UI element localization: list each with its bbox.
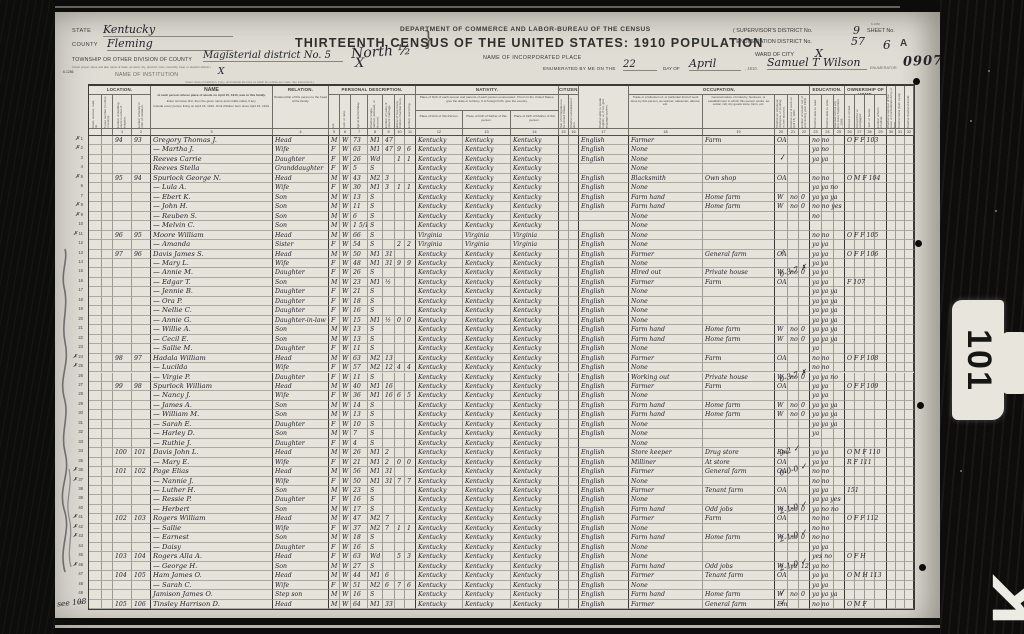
cell-industry: [703, 212, 775, 221]
cell-out_of_work: no: [788, 410, 799, 419]
cell-age: 50: [351, 250, 368, 259]
cell-relation: Head: [273, 354, 329, 363]
cell-industry: [703, 363, 775, 372]
cell-father_birthplace: Kentucky: [463, 363, 511, 372]
cell-name: — Luther H.: [151, 486, 273, 495]
cell-industry: [703, 240, 775, 249]
cell-color: W: [340, 439, 351, 448]
cell-industry: General farm: [703, 600, 775, 609]
cell-family: [132, 221, 151, 230]
cell-natz: [569, 259, 579, 268]
column-header-dwell: Number of dwelling house in order of vis…: [113, 95, 132, 129]
cell-school: [834, 391, 845, 400]
cell-natz: [569, 448, 579, 457]
cell-industry: [703, 552, 775, 561]
cell-family: [132, 429, 151, 438]
cell-out_of_work: no: [788, 325, 799, 334]
cell-imm: [559, 268, 569, 277]
cell-out_of_work: [788, 174, 799, 183]
cell-sex: M: [329, 590, 340, 599]
cell-mother_birthplace: Kentucky: [511, 155, 559, 164]
cell-language: English: [579, 448, 629, 457]
cell-imm: [559, 533, 569, 542]
cell-natz: [569, 136, 579, 145]
cell-employment: [775, 391, 788, 400]
cell-language: English: [579, 335, 629, 344]
cell-write: [822, 344, 834, 353]
cell-dwelling: [113, 429, 132, 438]
cell-house: [102, 391, 113, 400]
cell-family: [132, 495, 151, 504]
cell-school: [834, 231, 845, 240]
cell-occupation: Store keeper: [629, 448, 703, 457]
cell-deaf: [905, 590, 914, 599]
cell-father_birthplace: Kentucky: [463, 250, 511, 259]
column-number: 4: [273, 129, 329, 136]
census-row: — James A.SonMW14SKentuckyKentuckyKentuc…: [89, 401, 914, 410]
cell-home: O F F 109: [845, 382, 855, 391]
cell-occupation: Working out: [629, 373, 703, 382]
cell-free: [855, 477, 865, 486]
cell-home: [845, 420, 855, 429]
cell-school: [834, 477, 845, 486]
cell-out_of_work: [788, 543, 799, 552]
line-number: ✗1: [61, 136, 83, 142]
cell-name: Reeves Carrie: [151, 155, 273, 164]
cell-sched: [875, 524, 887, 533]
cell-children_living: 1: [405, 524, 416, 533]
cell-weeks_out: [799, 600, 810, 609]
cell-family: [132, 533, 151, 542]
cell-out_of_work: [788, 145, 799, 154]
cell-deaf: [905, 514, 914, 523]
cell-education: ya ya: [810, 571, 822, 580]
cell-blind: [896, 458, 905, 467]
cell-house: [102, 410, 113, 419]
cell-children_living: [405, 212, 416, 221]
cell-marital: S: [368, 164, 383, 173]
cell-children_born: [395, 467, 405, 476]
cell-employment: W: [775, 325, 788, 334]
cell-birthplace: Kentucky: [416, 448, 463, 457]
cell-mother_birthplace: Kentucky: [511, 477, 559, 486]
cell-sched: [875, 145, 887, 154]
cell-dwelling: [113, 477, 132, 486]
cell-language: [579, 164, 629, 173]
cell-years_married: [383, 325, 395, 334]
cell-language: English: [579, 174, 629, 183]
cell-imm: [559, 552, 569, 561]
cell-house: [102, 325, 113, 334]
cell-occupation: None: [629, 183, 703, 192]
cell-name: Davis John L.: [151, 448, 273, 457]
cell-children_living: [405, 354, 416, 363]
cell-deaf: [905, 467, 914, 476]
column-number: 7: [351, 129, 368, 136]
column-header-pobm: Place of birth of Mother of this person.: [511, 111, 559, 129]
cell-relation: Son: [273, 410, 329, 419]
cell-free: [855, 590, 865, 599]
column-header-mar: Whether single, married, widowed, or div…: [368, 95, 383, 129]
cell-father_birthplace: Kentucky: [463, 316, 511, 325]
cell-name: — Virgie P.: [151, 373, 273, 382]
supervisor-label: ( SUPERVISOR'S DISTRICT No.: [733, 28, 812, 34]
cell-years_married: [383, 410, 395, 419]
cell-house: [102, 505, 113, 514]
cell-occupation: Blacksmith: [629, 174, 703, 183]
column-group-title: EDUCATION.: [810, 86, 845, 95]
cell-dwelling: 100: [113, 448, 132, 457]
cell-language: English: [579, 259, 629, 268]
cell-deaf: [905, 533, 914, 542]
cell-out_of_work: [788, 316, 799, 325]
punch-hole: [913, 78, 920, 85]
cell-deaf: [905, 552, 914, 561]
cell-deaf: [905, 287, 914, 296]
cell-marital: S: [368, 590, 383, 599]
cell-color: W: [340, 344, 351, 353]
cell-age: 48: [351, 259, 368, 268]
cell-mother_birthplace: Kentucky: [511, 373, 559, 382]
cell-deaf: [905, 420, 914, 429]
cell-children_living: [405, 268, 416, 277]
cell-relation: Daughter: [273, 268, 329, 277]
cell-marital: S: [368, 202, 383, 211]
cell-children_born: [395, 401, 405, 410]
cell-color: W: [340, 155, 351, 164]
cell-age: 13: [351, 335, 368, 344]
cell-school: [834, 514, 845, 523]
cell-surv: [887, 533, 896, 542]
cell-street: [89, 287, 102, 296]
cell-age: 7: [351, 429, 368, 438]
cell-imm: [559, 193, 569, 202]
cell-children_born: [395, 495, 405, 504]
cell-relation: Son: [273, 429, 329, 438]
cell-deaf: [905, 439, 914, 448]
cell-street: [89, 231, 102, 240]
cell-deaf: [905, 306, 914, 315]
cell-marital: S: [368, 486, 383, 495]
cell-children_living: [405, 250, 416, 259]
column-number: 19: [703, 129, 775, 136]
cell-home: [845, 335, 855, 344]
cell-father_birthplace: Kentucky: [463, 581, 511, 590]
cell-family: 96: [132, 250, 151, 259]
cell-out_of_work: [788, 136, 799, 145]
cell-birthplace: Kentucky: [416, 212, 463, 221]
cell-mother_birthplace: Kentucky: [511, 401, 559, 410]
cell-occupation: None: [629, 155, 703, 164]
cell-name: — Mary L.: [151, 259, 273, 268]
cell-blind: [896, 268, 905, 277]
cell-out_of_work: [788, 231, 799, 240]
cell-out_of_work: [788, 297, 799, 306]
cell-sex: F: [329, 373, 340, 382]
census-row: — William M.SonMW13SKentuckyKentuckyKent…: [89, 410, 914, 419]
cell-natz: [569, 467, 579, 476]
cell-children_born: [395, 268, 405, 277]
cell-children_born: [395, 533, 405, 542]
cell-occupation: Farm hand: [629, 505, 703, 514]
cell-name: — Edgar T.: [151, 278, 273, 287]
cell-family: [132, 344, 151, 353]
cell-street: [89, 221, 102, 230]
cell-weeks_out: [799, 155, 810, 164]
cell-color: W: [340, 221, 351, 230]
column-header-yrs: Number of years of present marriage.: [383, 95, 395, 129]
cell-birthplace: Kentucky: [416, 382, 463, 391]
cell-education: no no: [810, 477, 822, 486]
cell-mother_birthplace: Kentucky: [511, 514, 559, 523]
film-corner-letter: K: [976, 572, 1024, 625]
cell-out_of_work: [788, 429, 799, 438]
enumerator-name: Samuel T Wilson: [767, 56, 867, 70]
cell-street: [89, 505, 102, 514]
cell-industry: Home farm: [703, 590, 775, 599]
cell-weeks_out: [799, 354, 810, 363]
cell-industry: [703, 231, 775, 240]
cell-relation: Daughter-in-law: [273, 316, 329, 325]
column-header-write: Whether able to write.: [822, 95, 834, 129]
cell-relation: Daughter: [273, 543, 329, 552]
cell-mother_birthplace: Kentucky: [511, 439, 559, 448]
cell-marital: S: [368, 335, 383, 344]
cell-name: Jamison James O.: [151, 590, 273, 599]
cell-house: [102, 439, 113, 448]
cell-children_born: [395, 250, 405, 259]
cell-free: [855, 221, 865, 230]
cell-education: no no: [810, 600, 822, 609]
cell-age: 15: [351, 316, 368, 325]
cell-imm: [559, 401, 569, 410]
cell-occupation: Farmer: [629, 600, 703, 609]
cell-father_birthplace: Kentucky: [463, 136, 511, 145]
cell-home: O F F 112: [845, 514, 855, 523]
cell-home: F 107: [845, 278, 855, 287]
cell-sched: [875, 335, 887, 344]
cell-dwelling: [113, 212, 132, 221]
sheet-label: SHEET No.: [867, 28, 895, 34]
cell-employment: [775, 363, 788, 372]
cell-relation: Head: [273, 600, 329, 609]
column-number: 8: [368, 129, 383, 136]
cell-father_birthplace: Kentucky: [463, 278, 511, 287]
cell-birthplace: Kentucky: [416, 533, 463, 542]
cell-name: — George H.: [151, 562, 273, 571]
cell-birthplace: Kentucky: [416, 458, 463, 467]
cell-employment: [775, 221, 788, 230]
cell-family: [132, 297, 151, 306]
cell-free: [855, 533, 865, 542]
cell-imm: [559, 448, 569, 457]
column-header-pob: Place of birth of this Person.: [416, 111, 463, 129]
census-row: — Jennie B.DaughterFW21SKentuckyKentucky…: [89, 287, 914, 296]
cell-street: [89, 543, 102, 552]
cell-occupation: Farm hand: [629, 410, 703, 419]
cell-language: English: [579, 193, 629, 202]
cell-imm: [559, 335, 569, 344]
cell-free: [855, 145, 865, 154]
cell-out_of_work: [788, 581, 799, 590]
cell-color: W: [340, 552, 351, 561]
cell-school: [834, 458, 845, 467]
cell-natz: [569, 240, 579, 249]
cell-language: English: [579, 363, 629, 372]
cell-language: [579, 212, 629, 221]
cell-father_birthplace: Kentucky: [463, 429, 511, 438]
cell-marital: S: [368, 420, 383, 429]
cell-out_of_work: [788, 344, 799, 353]
cell-weeks_out: [799, 145, 810, 154]
cell-marital: S: [368, 306, 383, 315]
cell-name: — Mary E.: [151, 458, 273, 467]
cell-sex: F: [329, 543, 340, 552]
cell-home: [845, 155, 855, 164]
cell-education: ya ya: [810, 268, 822, 277]
cell-marital: S: [368, 401, 383, 410]
cell-years_married: 33: [383, 600, 395, 609]
cell-name: — Willie A.: [151, 325, 273, 334]
cell-blind: [896, 590, 905, 599]
cell-industry: [703, 429, 775, 438]
column-header-relation: RELATION.Relationship of this person to …: [273, 86, 329, 129]
cell-color: W: [340, 306, 351, 315]
cell-industry: [703, 524, 775, 533]
cell-out_of_work: no: [788, 335, 799, 344]
cell-dwelling: 98: [113, 354, 132, 363]
cell-street: [89, 212, 102, 221]
cell-school: [834, 155, 845, 164]
cell-natz: [569, 164, 579, 173]
cell-out_of_work: [788, 155, 799, 164]
cell-occupation: None: [629, 391, 703, 400]
cell-school: [834, 600, 845, 609]
cell-sched: [875, 306, 887, 315]
cell-family: [132, 145, 151, 154]
cell-employment: [775, 306, 788, 315]
cell-sched: [875, 268, 887, 277]
line-number: 7: [61, 193, 83, 198]
cell-years_married: [383, 193, 395, 202]
cell-industry: [703, 391, 775, 400]
cell-employment: [775, 212, 788, 221]
cell-occupation: Farm hand: [629, 325, 703, 334]
column-header-deaf: Whether deaf and dumb.: [905, 86, 914, 129]
cell-dwelling: [113, 458, 132, 467]
cell-age: 51: [351, 581, 368, 590]
cell-sched: [875, 363, 887, 372]
cell-name: Hadala William: [151, 354, 273, 363]
cell-children_living: [405, 174, 416, 183]
cell-sex: M: [329, 600, 340, 609]
column-header-wks: Number of weeks out of work during year …: [799, 95, 810, 129]
cell-fh: [865, 287, 875, 296]
cell-imm: [559, 306, 569, 315]
cell-employment: [775, 316, 788, 325]
census-row: 105106Tinsley Harrison D.HeadMW64M133Ken…: [89, 600, 914, 609]
cell-color: W: [340, 316, 351, 325]
cell-children_living: [405, 278, 416, 287]
cell-dwelling: [113, 581, 132, 590]
line-number: ✗8: [61, 202, 83, 208]
cell-education: ya no no: [810, 505, 822, 514]
cell-relation: Head: [273, 231, 329, 240]
cell-family: [132, 363, 151, 372]
cell-father_birthplace: Kentucky: [463, 524, 511, 533]
cell-relation: Son: [273, 193, 329, 202]
cell-age: 26: [351, 268, 368, 277]
cell-deaf: [905, 193, 914, 202]
cell-natz: [569, 155, 579, 164]
cell-children_living: [405, 439, 416, 448]
cell-children_living: [405, 486, 416, 495]
cell-deaf: [905, 410, 914, 419]
cell-street: [89, 325, 102, 334]
cell-children_born: [395, 344, 405, 353]
cell-industry: Odd jobs: [703, 505, 775, 514]
cell-age: 73: [351, 136, 368, 145]
cell-children_living: [405, 600, 416, 609]
cell-color: W: [340, 335, 351, 344]
cell-birthplace: Kentucky: [416, 316, 463, 325]
microfilm-frame: 6-1286 STATE Kentucky COUNTY Fleming } T…: [0, 0, 1024, 634]
cell-street: [89, 382, 102, 391]
column-number: 24: [822, 129, 834, 136]
cell-marital: M1: [368, 382, 383, 391]
cell-age: 13: [351, 193, 368, 202]
cell-occupation: Farm hand: [629, 202, 703, 211]
cell-natz: [569, 543, 579, 552]
census-row: — Ebert K.SonMW13SKentuckyKentuckyKentuc…: [89, 193, 914, 202]
cell-language: English: [579, 297, 629, 306]
cell-name: — Daisy: [151, 543, 273, 552]
cell-children_born: 7: [395, 581, 405, 590]
cell-industry: [703, 155, 775, 164]
cell-surv: [887, 316, 896, 325]
cell-deaf: [905, 212, 914, 221]
cell-children_living: [405, 571, 416, 580]
cell-blind: [896, 306, 905, 315]
cell-occupation: None: [629, 164, 703, 173]
cell-fh: [865, 420, 875, 429]
cell-street: [89, 562, 102, 571]
cell-sched: [875, 287, 887, 296]
cell-name: — Herbert: [151, 505, 273, 514]
cell-children_living: [405, 231, 416, 240]
cell-natz: [569, 183, 579, 192]
cell-deaf: [905, 391, 914, 400]
cell-sex: M: [329, 514, 340, 523]
cell-father_birthplace: Kentucky: [463, 354, 511, 363]
cell-sex: M: [329, 382, 340, 391]
cell-relation: Wife: [273, 581, 329, 590]
cell-free: [855, 401, 865, 410]
cell-blind: [896, 287, 905, 296]
cell-blind: [896, 562, 905, 571]
cell-surv: [887, 335, 896, 344]
cell-color: W: [340, 363, 351, 372]
cell-fh: [865, 429, 875, 438]
cell-imm: [559, 316, 569, 325]
cell-family: [132, 373, 151, 382]
cell-surv: [887, 373, 896, 382]
cell-house: [102, 363, 113, 372]
cell-free: [855, 240, 865, 249]
cell-street: [89, 306, 102, 315]
cell-house: [102, 552, 113, 561]
cell-blind: [896, 259, 905, 268]
